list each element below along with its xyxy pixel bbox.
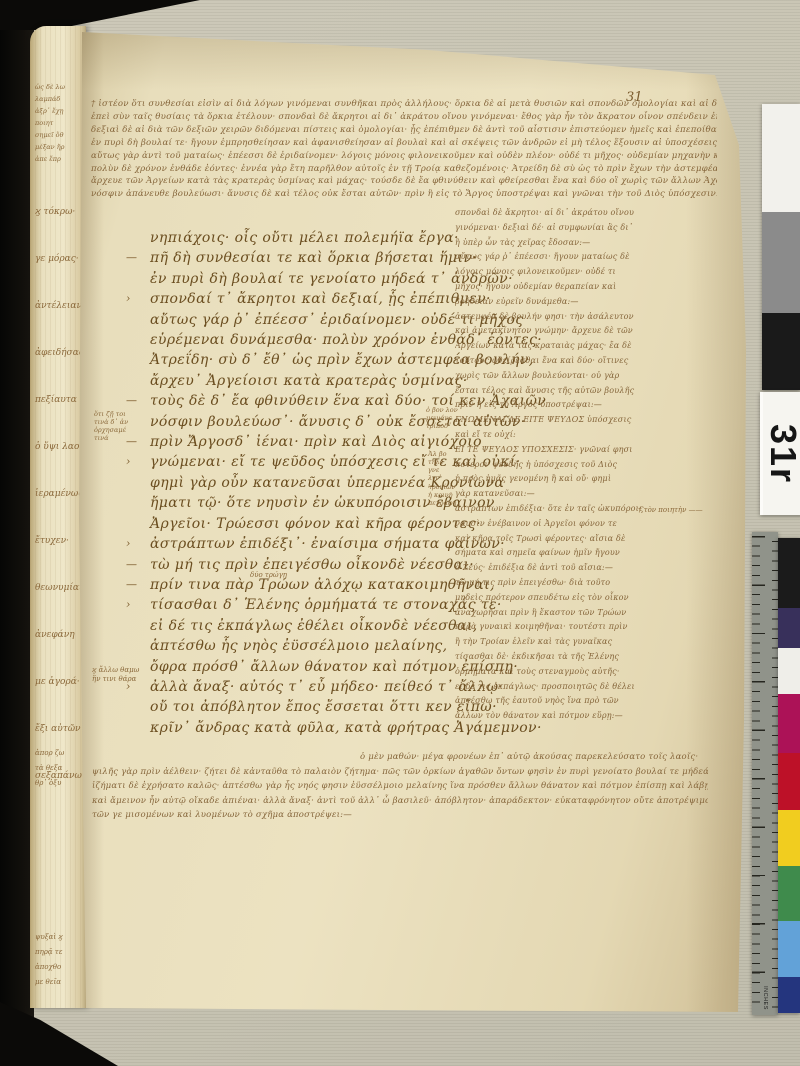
scholia-line: ἀναχωρῆσαι πρὶν ἢ ἕκαστον τῶν Τρώων	[455, 606, 655, 621]
color-calibration-bar	[778, 538, 800, 1013]
scholia-line: ἢ τὴν Τροίαν ἑλεῖν καὶ τὰς γυναῖκας	[455, 635, 655, 650]
facing-fragment: ἀποχθο	[35, 964, 63, 971]
facing-fragment: ἀξρ᾽ ἔχῃ	[35, 108, 65, 115]
margin-note-intercolumn-upper: ὁ βον λονμεινάνετρίποδ᾽	[426, 406, 458, 430]
facing-fragment: ὁ ὕψι λαοῦ	[35, 443, 85, 452]
scholia-line: τούτους φθείρεσθαι ἕνα καὶ δύο· οἵτινες	[455, 354, 655, 369]
verse-margin-mark: —	[126, 248, 150, 268]
scholia-line: ἰζήματι δὲ ἐχρήσατο καλῶς· ἁπτέσθω γὰρ ἧ…	[92, 779, 708, 794]
facing-fragment: λαμπάδ	[35, 96, 65, 103]
scholia-line: νόσφιν ἀπάνευθε βουλεύωσι· ἄνυσις δὲ καὶ…	[91, 188, 717, 201]
color-patch	[778, 810, 800, 866]
verse-text: ἀλλὰ ἄναξ· αὐτός τ᾽ εὖ μήδεο· πείθεό τ᾽ …	[150, 677, 503, 697]
ruler-unit-label: INCHES	[762, 986, 768, 1010]
verse-text: τὼ μή τις πρὶν ἐπειγέσθω οἶκονδὲ νέεσθαι…	[150, 555, 474, 575]
facing-fragment: μέξαν ἥρ	[35, 144, 65, 151]
bottom-scholia-block: ὁ μὲν μαθών· μέγα φρονέων ἐπ᾽ αὐτῷ ἀκούσ…	[92, 750, 708, 823]
verse-text: εἰ δέ τις ἐκπάγλως ἐθέλει οἶκονδὲ νέεσθα…	[150, 616, 478, 636]
grayscale-patch	[762, 104, 800, 212]
right-scholia-column: σπονδαὶ δὲ ἄκρητοι· αἱ δι᾽ ἀκράτου οἴνου…	[455, 206, 655, 724]
facing-fragment: θρ᾽ ὀξυ	[35, 780, 64, 787]
scholia-line: ὁ μὲν μαθών· μέγα φρονέων ἐπ᾽ αὐτῷ ἀκούσ…	[92, 750, 708, 765]
verse-margin-mark: —	[126, 575, 150, 595]
verse-margin-mark	[126, 473, 150, 493]
margin-note-line: ὀρχησαμέ	[94, 426, 128, 434]
manuscript-page: 31 † ἰστέον ὅτι συνθεσίαι εἰσὶν αἱ διὰ λ…	[78, 20, 746, 1016]
scholia-line: σπονδαὶ δὲ ἄκρητοι· αἱ δι᾽ ἀκράτου οἴνου	[455, 206, 655, 221]
scholia-line: τὼ μή τις πρὶν ἐπειγέσθω· διὰ τοῦτο	[455, 576, 655, 591]
facing-fragment: ἔξι αὐτῶν	[35, 725, 85, 734]
facing-fragment: ϗ τόκρω·	[35, 208, 85, 217]
scholia-line: ἀστεμφέα δὲ βουλήν φησι· τὴν ἀσάλευτον	[455, 310, 655, 325]
top-scholia-block: † ἰστέον ὅτι συνθεσίαι εἰσὶν αἱ διὰ λόγω…	[91, 98, 717, 201]
verse-margin-mark	[126, 310, 150, 330]
verse-margin-mark	[126, 697, 150, 717]
color-patch	[778, 921, 800, 977]
margin-note-line: ὅτι ζῇ τοι	[94, 410, 128, 418]
margin-note-right: † τὸν ποιητὴν ——	[638, 506, 703, 515]
scholia-line: ΓΝΩΜΕΝΑΙ ΔΕ ΕΙΤΕ ΨΕΥΔΟΣ ὑπόσχεσις	[455, 413, 655, 428]
scholia-line: σήματα καὶ σημεῖα φαίνων ἡμῖν ἤγουν	[455, 546, 655, 561]
scholia-line: παρὰ γυναικὶ κοιμηθῆναι· τουτέστι πρὶν	[455, 620, 655, 635]
margin-note-line: ἡ κοινὴ	[428, 491, 456, 499]
scholia-line: καὶ κῆρα τοῖς Τρωσὶ φέροντες· αἴσια δὲ	[455, 532, 655, 547]
verse-margin-mark	[126, 412, 150, 432]
color-patch	[778, 977, 800, 1013]
scholia-line: ἢ ὑπὲρ ὧν τὰς χεῖρας ἔδοσαν:—	[455, 236, 655, 251]
verse-margin-mark	[126, 718, 150, 738]
verse-margin-mark	[126, 228, 150, 248]
scholia-line: πρὶν ἢ εἰς τὸ Ἄργος ὑποστρέψαι:—	[455, 398, 655, 413]
facing-fragment: ἀπορ ζω	[35, 750, 64, 757]
scholia-line: Ἀργείων κατὰ τὰς κραταιὰς μάχας· ἔα δὲ	[455, 339, 655, 354]
facing-fragment: ἱεραμένως	[35, 490, 85, 499]
verse-margin-mark	[126, 493, 150, 513]
verse-margin-mark: —	[126, 432, 150, 452]
interlinear-gloss: δύο τρώγῃ	[250, 571, 287, 580]
folio-label-card: 31r	[760, 392, 800, 515]
margin-note-line: τρίποδ᾽	[426, 422, 458, 430]
color-patch	[778, 648, 800, 694]
scholia-line: ἡ πρὸς ἡμᾶς γενομένη ἢ καὶ οὔ· φημὶ	[455, 472, 655, 487]
scholia-line: αὔτως γάρ ῥ᾽ ἐπέεσσι· ἤγουν ματαίως δὲ	[455, 250, 655, 265]
margin-note-line: Ἀλ βο	[428, 450, 456, 458]
facing-fragment: ψυξαὶ ϗ	[35, 934, 63, 941]
scholia-line: γινόμεναι· δεξιαὶ δέ· αἱ συμφωνίαι ἃς δι…	[455, 221, 655, 236]
scholia-line: † ἰστέον ὅτι συνθεσίαι εἰσὶν αἱ διὰ λόγω…	[91, 98, 717, 111]
verse-margin-mark: ›	[126, 452, 150, 472]
verse-margin-mark	[126, 636, 150, 656]
verse-margin-mark	[126, 371, 150, 391]
verse-text: σπονδαί τ᾽ ἄκρητοι καὶ δεξιαί, ᾗς ἐπέπιθ…	[150, 289, 491, 309]
scholia-line: αὔτως γὰρ ἀντὶ τοῦ ματαίως· ἐπέεσσι δὲ ἐ…	[91, 150, 717, 163]
scholia-line: λόγοις μόνοις φιλονεικοῦμεν· οὐδέ τι	[455, 265, 655, 280]
facing-fragment: σημεῖ ὅθ	[35, 132, 65, 139]
scholia-line: ἀστράπτων ἐπιδέξια· ὅτε ἐν ταῖς ὠκυπόροι…	[455, 502, 655, 517]
facing-fragment: τὰ θεξα	[35, 765, 64, 772]
facing-fragment: ὡς δὲ λω	[35, 84, 65, 91]
verse-margin-mark	[126, 514, 150, 534]
scholia-line: ΕΙ ΤΕ ΨΕΥΔΟΣ ΥΠΟΣΧΕΣΙΣ· γνῶναί φησι	[455, 443, 655, 458]
scholia-line: τίσασθαι δὲ· ἐκδικῆσαι τὰ τῆς Ἑλένης	[455, 650, 655, 665]
folio-label-text: 31r	[762, 423, 800, 483]
scholia-line: μῆχος· ἤγουν οὐδεμίαν θεραπείαν καὶ	[455, 280, 655, 295]
scholia-line: ἔσται τέλος καὶ ἄνυσις τῆς αὐτῶν βουλῆς	[455, 384, 655, 399]
manuscript-photo: ὡς δὲ λωλαμπάδἀξρ᾽ ἔχῃποιητσημεῖ ὅθμέξαν…	[0, 0, 800, 1066]
verse-text: οὔ τοι ἀπόβλητον ἔπος ἔσσεται ὅττι κεν ε…	[150, 697, 497, 717]
color-patch	[778, 866, 800, 921]
verse-margin-mark	[126, 269, 150, 289]
facing-fragments-middle: ϗ τόκρω·γε μόρας·ἀντέλειανἀφειδήσαςπεξία…	[35, 208, 85, 819]
scholia-line: χωρὶς τῶν ἄλλων βουλεύονται· οὐ γὰρ	[455, 369, 655, 384]
verse-text: πρίν τινα πὰρ Τρώων ἀλόχῳ κατακοιμηθῆναι…	[150, 575, 495, 595]
grayscale-patch	[762, 313, 800, 390]
facing-fragment: ἀντέλειαν	[35, 302, 85, 311]
scholia-line: ἐν πυρὶ δὴ βουλαί τε· ἤγουν ἐμπρησθείησα…	[91, 137, 717, 150]
verse-text: ἀστράπτων ἐπιδέξι᾽· ἐναίσιμα σήματα φαίν…	[150, 534, 505, 554]
grayscale-patch	[762, 212, 800, 313]
verse-text: ἄρχευ᾽ Ἀργείοισι κατὰ κρατερὰς ὑσμίνας·	[150, 371, 468, 391]
verse-margin-mark: ›	[126, 289, 150, 309]
scholia-line: γὰρ κατανεῦσαι:—	[455, 487, 655, 502]
verse-margin-mark	[126, 616, 150, 636]
verse-text: ἁπτέσθω ἧς νηὸς ἐϋσσέλμοιο μελαίνης,	[150, 636, 448, 656]
color-patch	[778, 608, 800, 648]
scholia-line: εἰ δέ τις ἐκπάγλως· προσποιητῶς δὲ θέλει	[455, 680, 655, 695]
verse-text: τίσασθαι δ᾽ Ἑλένης ὁρμήματά τε στοναχάς …	[150, 595, 502, 615]
scholia-line: ὁ Ζεύς· ἐπιδέξια δὲ ἀντὶ τοῦ αἴσια:—	[455, 561, 655, 576]
facing-fragment: ἀπε ἔπρ	[35, 156, 65, 163]
scholia-line: ἁπτέσθω τῆς ἑαυτοῦ νηὸς ἵνα πρὸ τῶν	[455, 694, 655, 709]
scholia-line: πότερον ψευδὴς ἡ ὑπόσχεσις τοῦ Διὸς	[455, 458, 655, 473]
color-patch	[778, 694, 800, 753]
facing-fragment: γε μόρας·	[35, 255, 85, 264]
verse-margin-mark: —	[126, 555, 150, 575]
grayscale-calibration-card	[762, 104, 800, 390]
facing-fragment: με ἀγορά·	[35, 678, 85, 687]
verse-margin-mark: ›	[126, 534, 150, 554]
scholia-line: καὶ ἄμεινον ἦν αὐτῷ οἴκαδε ἀπιέναι· ἀλλὰ…	[92, 794, 708, 809]
margin-note-line: Ϟρονίων	[428, 483, 456, 491]
margin-note-line: τινά	[94, 434, 128, 442]
scholia-line: καὶ εἴ τε οὐχί:	[455, 428, 655, 443]
verse-text: Ἀργεῖοι· Τρώεσσι φόνον καὶ κῆρα φέροντες…	[150, 514, 481, 534]
facing-fragments-bottom: ψυξαὶ ϗπηρᾷ τεἀποχθομε θεῖα	[35, 934, 63, 994]
scholia-line: ἐπεὶ σὺν ταῖς θυσίαις τὰ ὅρκια ἐτέλουν· …	[91, 111, 717, 124]
ruler: INCHES	[752, 532, 778, 1015]
scholia-line: ἄρχευε τῶν Ἀργείων κατὰ τὰς κρατερὰς ὑσμ…	[91, 175, 717, 188]
facing-fragment: ἀνεφάνη	[35, 631, 85, 640]
ruler-ticks-major	[752, 536, 765, 1011]
margin-note-left-upper: ὅτι ζῇ τοιτινὰ δ᾽ ἀνὀρχησαμέτινά	[94, 410, 128, 443]
facing-fragment: πεξίαυτα	[35, 396, 85, 405]
scholia-line: πολὺν δὲ χρόνον ἐνθάδε ἐόντες· ἐννέα γὰρ…	[91, 163, 717, 176]
scholia-line: ψιλῆς γὰρ πρὶν ἀέλθειν· ζήτει δὲ κἀνταῦθ…	[92, 765, 708, 780]
verse-text: πῆ δὴ συνθεσίαι τε καὶ ὅρκια βήσεται ἥμι…	[150, 248, 477, 268]
verse-margin-mark: —	[126, 391, 150, 411]
margin-note-left-lower: ϗ ἄλλω θαμωἥν τινι θάρα	[92, 666, 139, 684]
scholia-line: δεξιαὶ δὲ αἱ διὰ τῶν δεξιῶν χειρῶν διδόμ…	[91, 124, 717, 137]
margin-note-line: τηλε	[428, 458, 456, 466]
scholia-line: ναυσὶν ἐνέβαινον οἱ Ἀργεῖοι φόνον τε	[455, 517, 655, 532]
color-patch	[778, 753, 800, 810]
facing-fragments-top: ὡς δὲ λωλαμπάδἀξρ᾽ ἔχῃποιητσημεῖ ὅθμέξαν…	[35, 84, 65, 168]
margin-note-line: πεγράφη	[428, 499, 456, 507]
facing-fragment: ἀφειδήσας	[35, 349, 85, 358]
color-patch	[778, 538, 800, 608]
scholia-line: μηδεὶς πρότερον σπευδέτω εἰς τὸν οἶκον	[455, 591, 655, 606]
margin-note-line: ἥν τινι θάρα	[92, 675, 139, 684]
book-gutter-shadow	[0, 0, 34, 1066]
margin-note-line: λιτ᾽	[428, 474, 456, 482]
facing-page-edge: ὡς δὲ λωλαμπάδἀξρ᾽ ἔχῃποιητσημεῖ ὅθμέξαν…	[30, 26, 86, 1008]
facing-fragment: πηρᾷ τε	[35, 949, 63, 956]
facing-fragment: με θεῖα	[35, 979, 63, 986]
margin-note-line: ϗ ἄλλω θαμω	[92, 666, 139, 675]
facing-fragment: ἔτυχεν·	[35, 537, 85, 546]
facing-fragments-lower: ἀπορ ζωτὰ θεξαθρ᾽ ὀξυ	[35, 750, 64, 795]
scholia-line: τῶν γε μισομένων καὶ λυομένων τὸ σχῆμα ἀ…	[92, 808, 708, 823]
scholia-line: καὶ ἀμετακίνητον γνώμην· ἄρχευε δὲ τῶν	[455, 324, 655, 339]
verse-text: νηπιάχοις· οἷς οὔτι μέλει πολεμήϊα ἔργα·	[150, 228, 459, 248]
scholia-line: βοήθειαν εὑρεῖν δυνάμεθα:—	[455, 295, 655, 310]
verse-margin-mark: ›	[126, 595, 150, 615]
facing-fragment: ποιητ	[35, 120, 65, 127]
verse-margin-mark	[126, 330, 150, 350]
margin-note-line: ὁ βον λον	[426, 406, 458, 414]
margin-note-line: γνε	[428, 466, 456, 474]
scholia-line: ὁρμήματα καὶ τοὺς στεναγμοὺς αὐτῆς·	[455, 665, 655, 680]
scholia-line: ἄλλων τὸν θάνατον καὶ πότμον εὕρῃ:—	[455, 709, 655, 724]
verse-margin-mark	[126, 350, 150, 370]
margin-note-intercolumn-lower: Ἀλ βοτηλεγνελιτ᾽Ϟρονίωνἡ κοινὴπεγράφη	[428, 450, 456, 507]
facing-fragment: θεωνυμίαι	[35, 584, 85, 593]
